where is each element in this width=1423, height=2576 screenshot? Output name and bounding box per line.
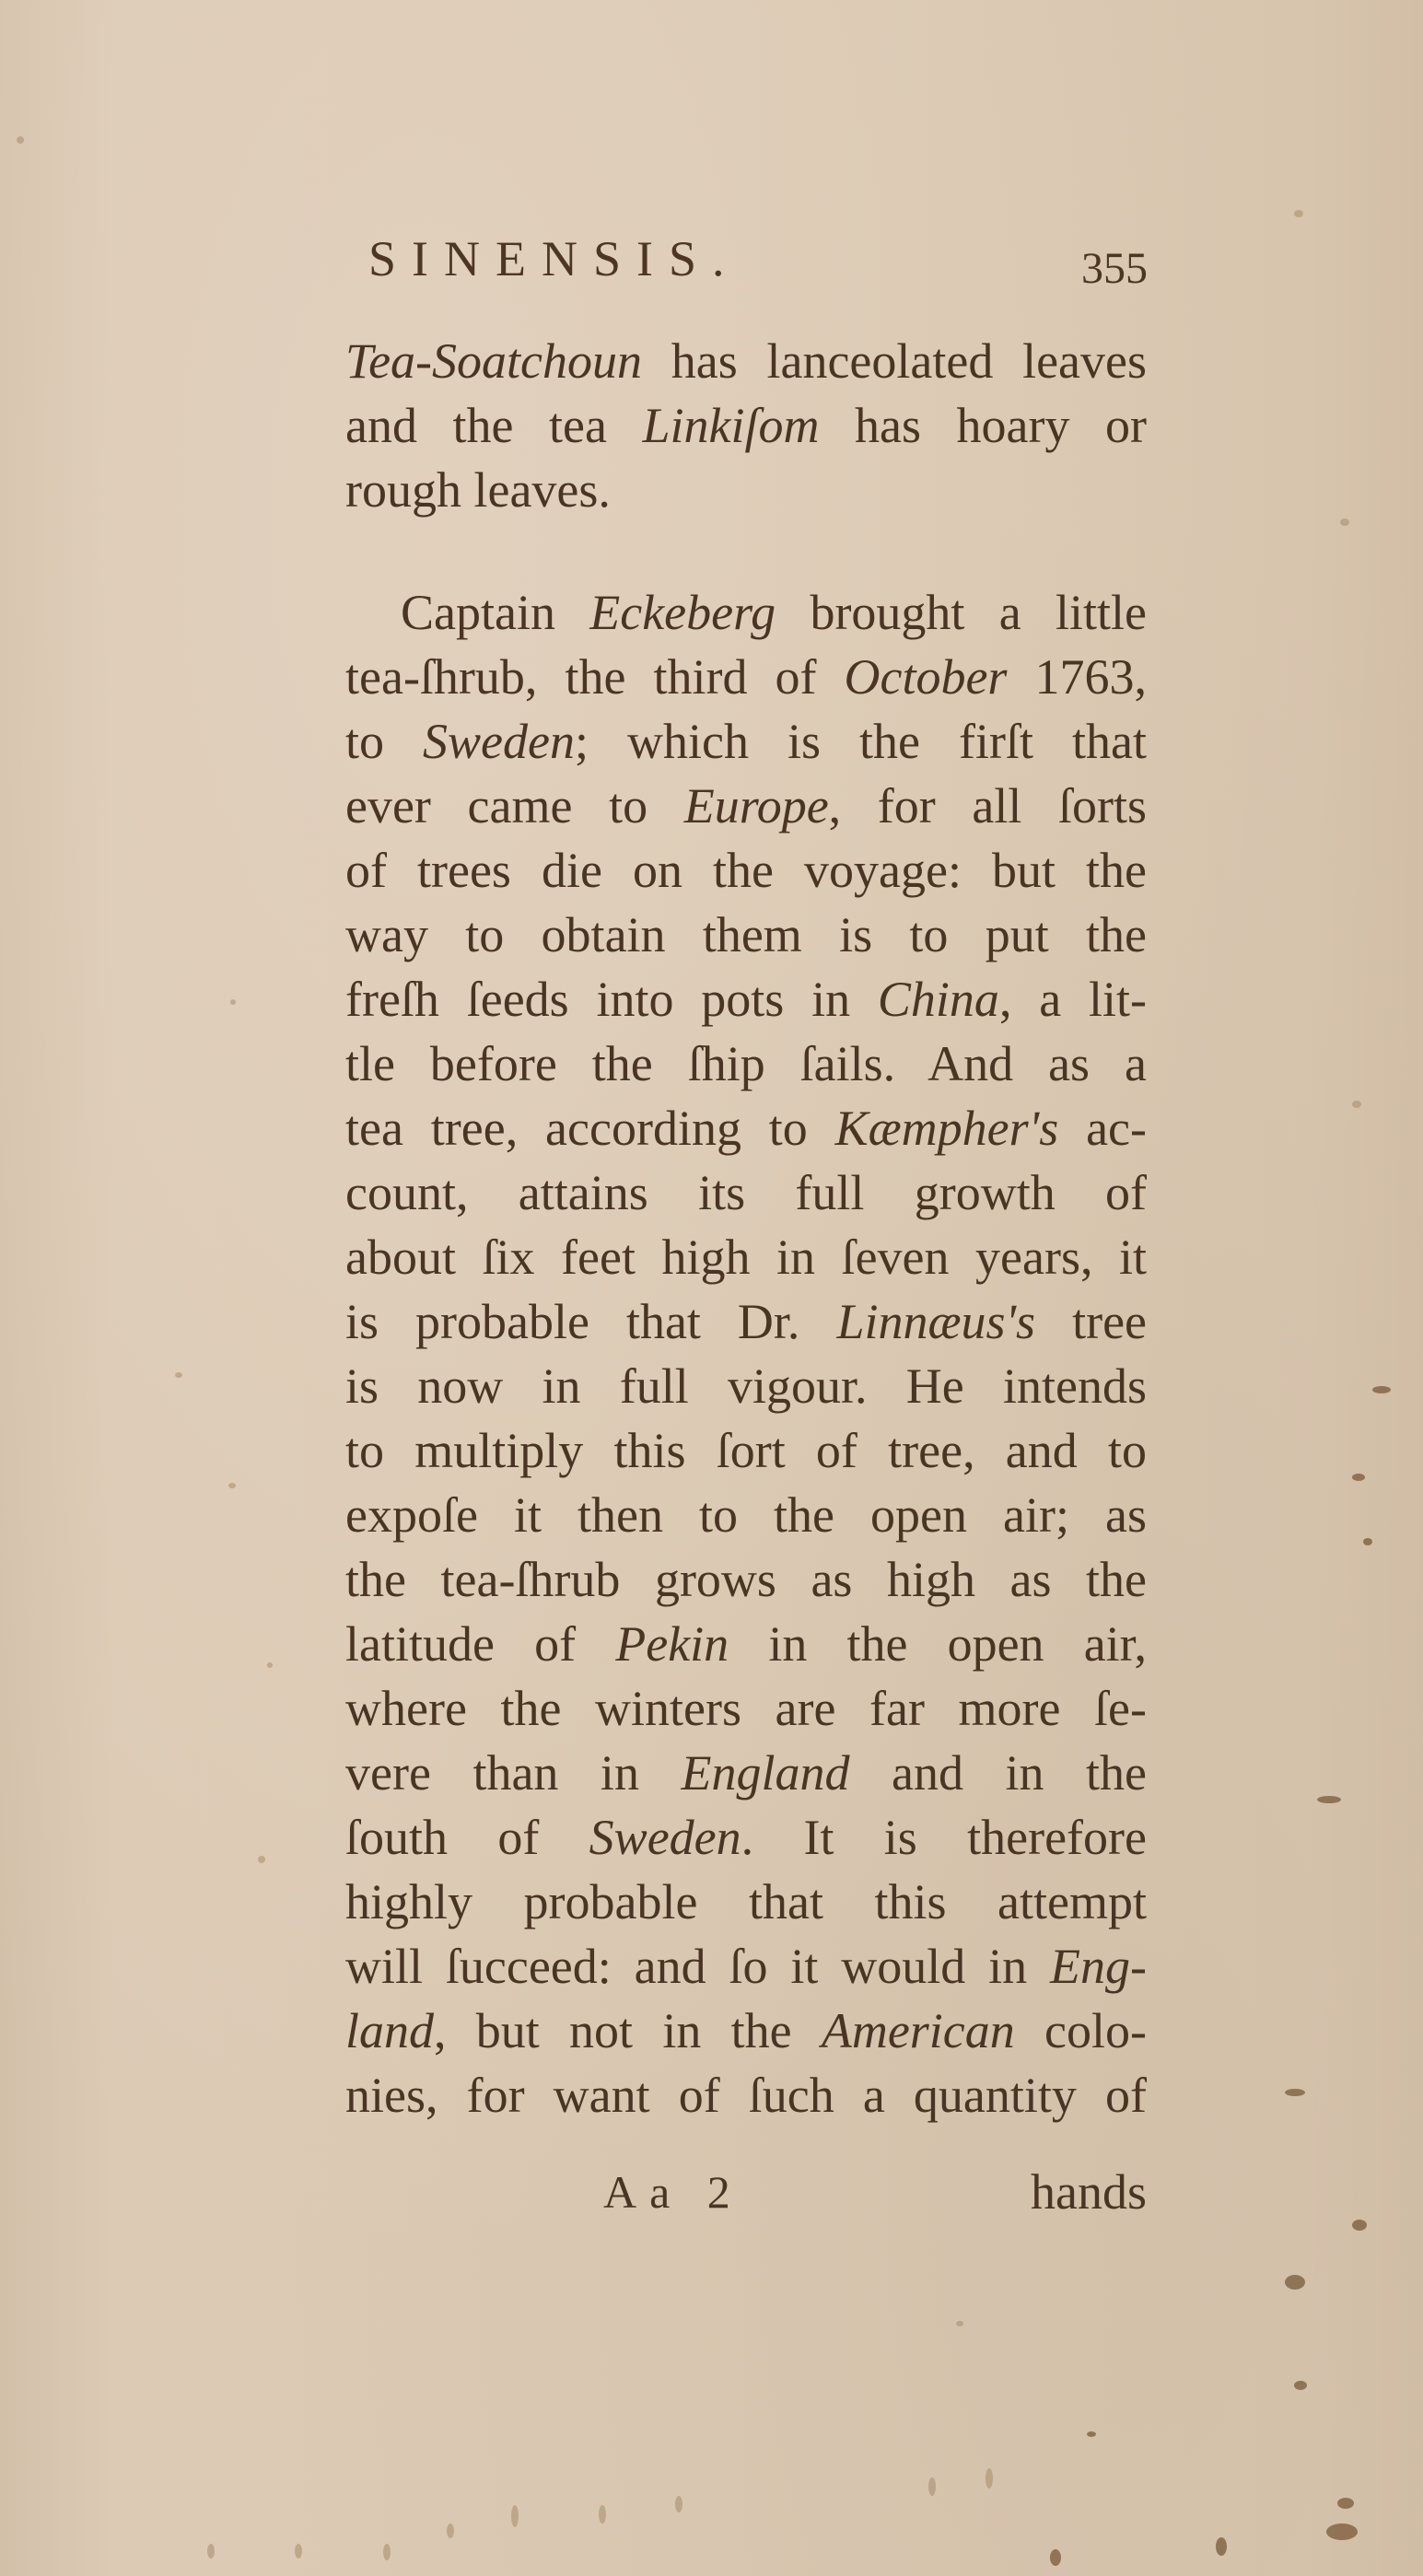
paper-speck bbox=[1294, 210, 1303, 217]
text-run: to multiply this ſort of tree, and to bbox=[345, 1423, 1147, 1478]
text-line: will ſucceed: and ſo it would in Eng- bbox=[345, 1934, 1147, 1999]
text-run: , for all ſorts bbox=[829, 778, 1147, 833]
italic-term: Eckeberg bbox=[589, 585, 776, 640]
text-line: highly probable that this attempt bbox=[345, 1870, 1147, 1934]
text-run: tree bbox=[1035, 1294, 1147, 1349]
text-line: way to obtain them is to put the bbox=[345, 903, 1147, 967]
text-line: vere than in England and in the bbox=[345, 1741, 1147, 1805]
paper-speck bbox=[1363, 1538, 1372, 1545]
italic-term: Eng- bbox=[1050, 1939, 1147, 1994]
text-line: nies, for want of ſuch a quantity of bbox=[345, 2063, 1147, 2127]
text-run: about ſix feet high in ſeven years, it bbox=[345, 1230, 1147, 1285]
text-run: the tea-ſhrub grows as high as the bbox=[345, 1552, 1147, 1607]
text-line: count, attains its full growth of bbox=[345, 1160, 1147, 1225]
italic-term: China bbox=[878, 972, 999, 1027]
paper-speck bbox=[1050, 2549, 1061, 2566]
text-run: . It is therefore bbox=[741, 1810, 1147, 1865]
footer-line: Aa 2 hands bbox=[345, 2160, 1147, 2224]
paper-speck bbox=[1372, 1386, 1391, 1393]
italic-term: Sweden bbox=[589, 1810, 741, 1865]
paper-speck bbox=[599, 2505, 606, 2524]
italic-term: Linnæus's bbox=[836, 1294, 1035, 1349]
text-line: freſh ſeeds into pots in China, a lit- bbox=[345, 967, 1147, 1032]
catchword: hands bbox=[1031, 2160, 1147, 2224]
text-line: is probable that Dr. Linnæus's tree bbox=[345, 1289, 1147, 1354]
paper-speck bbox=[1294, 2381, 1307, 2390]
text-line: tea-ſhrub, the third of October 1763, bbox=[345, 645, 1147, 709]
text-run: count, attains its full growth of bbox=[345, 1165, 1147, 1220]
paper-speck bbox=[1352, 1101, 1361, 1108]
text-run: nies, for want of ſuch a quantity of bbox=[345, 2068, 1147, 2123]
text-run: and the tea bbox=[345, 398, 642, 453]
italic-term: England bbox=[681, 1745, 849, 1801]
text-run: ſouth of bbox=[345, 1810, 589, 1865]
text-run: rough leaves. bbox=[345, 462, 611, 518]
text-run: tea tree, according to bbox=[345, 1101, 835, 1156]
text-run: colo- bbox=[1015, 2003, 1147, 2058]
running-title: SINENSIS. bbox=[368, 230, 741, 287]
text-line: Tea-Soatchoun has lanceolated leaves bbox=[345, 329, 1147, 393]
text-run: , but not in the bbox=[434, 2003, 822, 2058]
italic-term: October bbox=[845, 649, 1008, 705]
text-run: has lanceolated leaves bbox=[642, 333, 1147, 389]
text-run: is probable that Dr. bbox=[345, 1294, 836, 1349]
text-run: tle before the ſhip ſails. And as a bbox=[345, 1036, 1147, 1091]
text-line: tle before the ſhip ſails. And as a bbox=[345, 1032, 1147, 1096]
text-line: the tea-ſhrub grows as high as the bbox=[345, 1547, 1147, 1612]
paper-speck bbox=[956, 2321, 963, 2326]
text-run: brought a little bbox=[776, 585, 1147, 640]
text-line: Captain Eckeberg brought a little bbox=[345, 580, 1147, 645]
paper-speck bbox=[1285, 2089, 1305, 2096]
italic-term: Kæmpher's bbox=[835, 1101, 1059, 1156]
paper-speck bbox=[1317, 1796, 1341, 1803]
text-run: to bbox=[345, 714, 423, 769]
text-line: where the winters are far more ſe- bbox=[345, 1676, 1147, 1741]
running-head: SINENSIS. 355 bbox=[368, 230, 1151, 304]
italic-term: land bbox=[345, 2003, 434, 2058]
paper-speck bbox=[258, 1856, 265, 1863]
italic-term: Europe bbox=[684, 778, 829, 833]
paper-speck bbox=[1216, 2537, 1227, 2556]
paper-speck bbox=[17, 136, 24, 144]
text-run: and in the bbox=[849, 1745, 1147, 1801]
paper-speck bbox=[175, 1372, 182, 1378]
paper-speck bbox=[1337, 2498, 1354, 2509]
text-run: where the winters are far more ſe- bbox=[345, 1681, 1147, 1736]
text-run: tea-ſhrub, the third of bbox=[345, 649, 845, 705]
italic-term: Linkiſom bbox=[642, 398, 819, 453]
paper-speck bbox=[986, 2468, 993, 2489]
paper-speck bbox=[1326, 2524, 1358, 2540]
text-line: expoſe it then to the open air; as bbox=[345, 1483, 1147, 1547]
text-line: to multiply this ſort of tree, and to bbox=[345, 1418, 1147, 1483]
text-line: about ſix feet high in ſeven years, it bbox=[345, 1225, 1147, 1289]
italic-term: American bbox=[822, 2003, 1015, 2058]
signature-mark: Aa 2 bbox=[603, 2160, 743, 2224]
paper-speck bbox=[1352, 2220, 1367, 2231]
paper-speck bbox=[383, 2544, 391, 2560]
paper-speck bbox=[675, 2496, 682, 2512]
paper-speck bbox=[1087, 2431, 1096, 2437]
paper-speck bbox=[1340, 519, 1349, 526]
text-line: ever came to Europe, for all ſorts bbox=[345, 774, 1147, 838]
text-run: freſh ſeeds into pots in bbox=[345, 972, 878, 1027]
text-run: of trees die on the voyage: but the bbox=[345, 843, 1147, 898]
text-line: of trees die on the voyage: but the bbox=[345, 838, 1147, 903]
text-run: ac- bbox=[1058, 1101, 1147, 1156]
text-run: will ſucceed: and ſo it would in bbox=[345, 1939, 1050, 1994]
text-run: in the open air, bbox=[729, 1616, 1147, 1672]
text-run: is now in full vigour. He intends bbox=[345, 1358, 1147, 1414]
text-line: ſouth of Sweden. It is therefore bbox=[345, 1805, 1147, 1870]
text-line: and the tea Linkiſom has hoary or bbox=[345, 393, 1147, 458]
text-line: is now in full vigour. He intends bbox=[345, 1354, 1147, 1418]
text-line: tea tree, according to Kæmpher's ac- bbox=[345, 1096, 1147, 1160]
text-run: has hoary or bbox=[819, 398, 1147, 453]
text-run: highly probable that this attempt bbox=[345, 1874, 1147, 1929]
text-run: ; which is the firſt that bbox=[575, 714, 1147, 769]
text-run: Captain bbox=[401, 585, 589, 640]
paper-speck bbox=[267, 1662, 273, 1668]
italic-term: Pekin bbox=[615, 1616, 729, 1672]
text-run: vere than in bbox=[345, 1745, 681, 1801]
paper-speck bbox=[928, 2477, 936, 2496]
italic-term: Tea-Soatchoun bbox=[345, 333, 642, 389]
page-number: 355 bbox=[1081, 243, 1148, 294]
text-run: 1763, bbox=[1007, 649, 1147, 705]
text-run: ever came to bbox=[345, 778, 684, 833]
italic-term: Sweden bbox=[423, 714, 575, 769]
paper-speck bbox=[1285, 2275, 1305, 2290]
text-run: expoſe it then to the open air; as bbox=[345, 1487, 1147, 1543]
paper-speck bbox=[447, 2524, 454, 2538]
paper-speck bbox=[511, 2505, 519, 2527]
text-line: rough leaves. bbox=[345, 458, 1147, 522]
text-run: way to obtain them is to put the bbox=[345, 907, 1147, 962]
paper-speck bbox=[295, 2544, 302, 2559]
paper-speck bbox=[1352, 1474, 1365, 1481]
text-line: latitude of Pekin in the open air, bbox=[345, 1612, 1147, 1676]
paper-speck bbox=[228, 1483, 236, 1488]
text-line: land, but not in the American colo- bbox=[345, 1999, 1147, 2063]
paper-speck bbox=[207, 2544, 215, 2559]
text-run: , a lit- bbox=[999, 972, 1147, 1027]
text-run: latitude of bbox=[345, 1616, 615, 1672]
paper-speck bbox=[230, 999, 236, 1005]
text-line: to Sweden; which is the firſt that bbox=[345, 709, 1147, 774]
